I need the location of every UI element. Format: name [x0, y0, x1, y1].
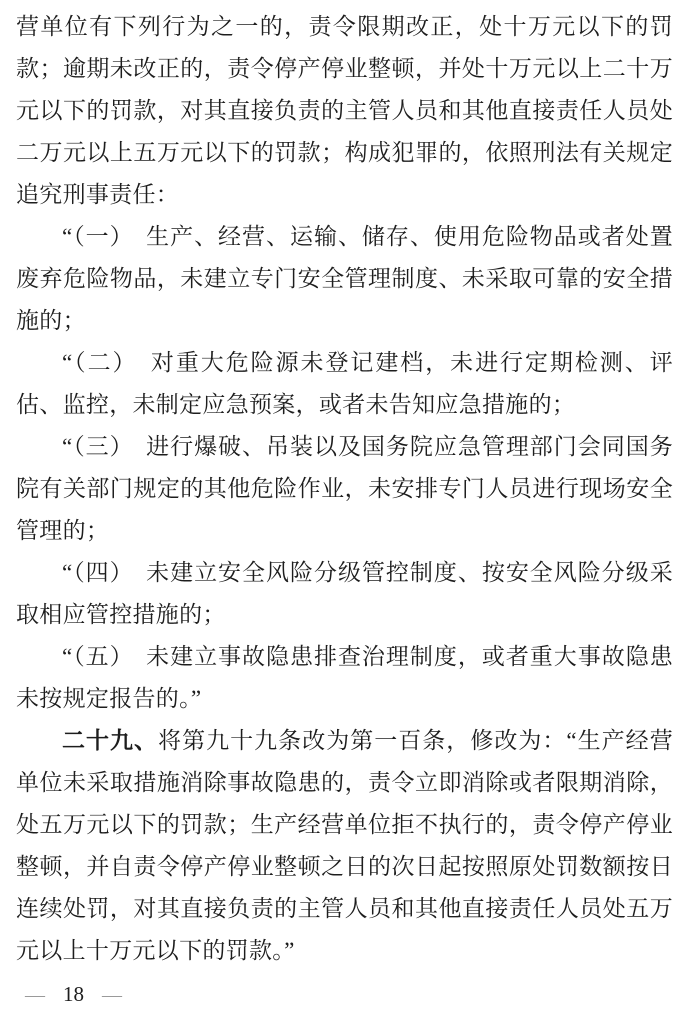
paragraph-item-5: “（五） 未建立事故隐患排查治理制度，或者重大事故隐患未按规定报告的。” — [16, 636, 673, 720]
paragraph-item-1: “（一） 生产、经营、运输、储存、使用危险物品或者处置废弃危险物品，未建立专门安… — [16, 216, 673, 342]
document-page: 营单位有下列行为之一的，责令限期改正，处十万元以下的罚款；逾期未改正的，责令停产… — [0, 0, 690, 1020]
footer-left-dash: — — [25, 985, 45, 1005]
page-footer: — 18 — — [25, 982, 122, 1007]
article-29-text: 将第九十九条改为第一百条，修改为：“生产经营单位未采取措施消除事故隐患的，责令立… — [16, 728, 673, 963]
paragraph-item-4: “（四） 未建立安全风险分级管控制度、按安全风险分级采取相应管控措施的； — [16, 552, 673, 636]
paragraph-item-3: “（三） 进行爆破、吊装以及国务院应急管理部门会同国务院有关部门规定的其他危险作… — [16, 426, 673, 552]
article-29-number: 二十九、 — [62, 728, 158, 753]
page-number: 18 — [63, 982, 84, 1007]
document-body: 营单位有下列行为之一的，责令限期改正，处十万元以下的罚款；逾期未改正的，责令停产… — [0, 0, 690, 972]
paragraph-article-29: 二十九、将第九十九条改为第一百条，修改为：“生产经营单位未采取措施消除事故隐患的… — [16, 720, 673, 972]
paragraph-continuation: 营单位有下列行为之一的，责令限期改正，处十万元以下的罚款；逾期未改正的，责令停产… — [16, 6, 673, 216]
footer-right-dash: — — [102, 985, 122, 1005]
paragraph-item-2: “（二） 对重大危险源未登记建档，未进行定期检测、评估、监控，未制定应急预案，或… — [16, 342, 673, 426]
